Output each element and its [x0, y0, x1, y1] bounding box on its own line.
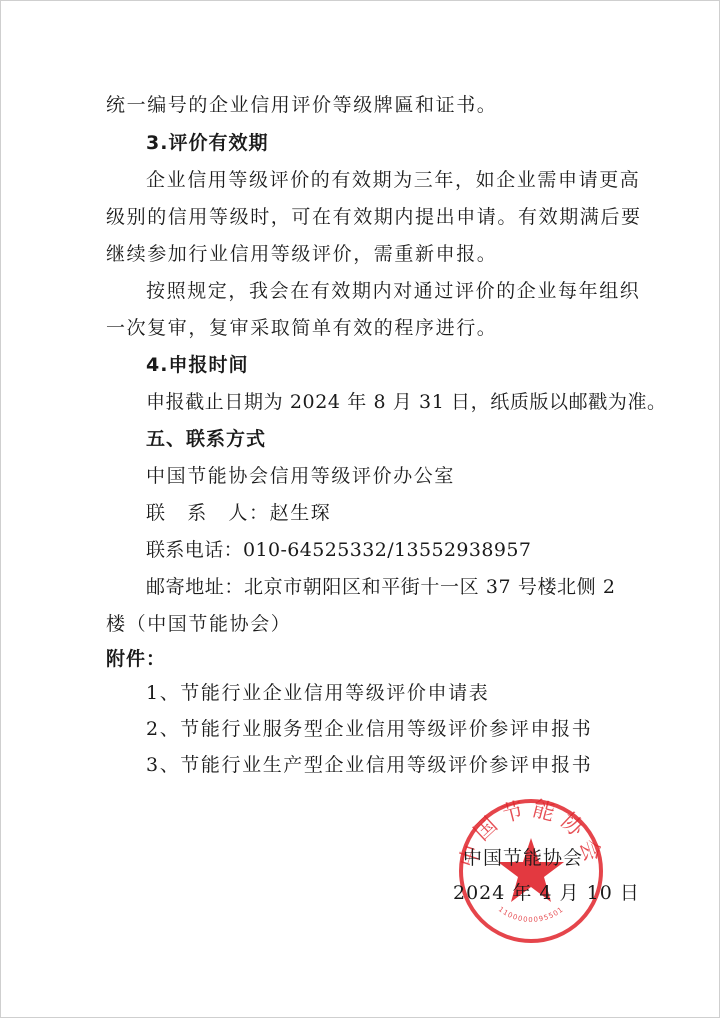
signature-organization: 中国节能协会 — [463, 846, 583, 870]
body-line: 企业信用等级评价的有效期为三年，如企业需申请更高 — [146, 168, 640, 192]
attachments-heading: 附件： — [106, 647, 166, 671]
contact-office: 中国节能协会信用等级评价办公室 — [146, 464, 455, 488]
body-line-deadline: 申报截止日期为 2024 年 8 月 31 日，纸质版以邮戳为准。 — [146, 390, 667, 414]
body-line: 按照规定，我会在有效期内对通过评价的企业每年组织 — [146, 279, 640, 303]
svg-text:1100000095501: 1100000095501 — [497, 905, 565, 924]
section-heading-validity: 3.评价有效期 — [146, 131, 268, 155]
body-line: 一次复审，复审采取简单有效的程序进行。 — [106, 316, 497, 340]
document-page: 统一编号的企业信用评价等级牌匾和证书。 3.评价有效期 企业信用等级评价的有效期… — [0, 0, 720, 1018]
body-line: 继续参加行业信用等级评价，需重新申报。 — [106, 242, 497, 266]
contact-address-cont: 楼（中国节能协会） — [106, 612, 291, 636]
attachment-item: 1、节能行业企业信用等级评价申请表 — [146, 681, 489, 705]
section-heading-submission-time: 4.申报时间 — [146, 353, 248, 377]
contact-person: 联 系 人：赵生琛 — [146, 501, 331, 525]
attachment-item: 2、节能行业服务型企业信用等级评价参评申报书 — [146, 717, 592, 741]
signature-date: 2024 年 4 月 10 日 — [453, 881, 640, 905]
official-seal: 中国节能协会 1100000095501 — [456, 796, 606, 946]
contact-address: 邮寄地址：北京市朝阳区和平街十一区 37 号楼北侧 2 — [146, 575, 616, 599]
body-line: 统一编号的企业信用评价等级牌匾和证书。 — [106, 93, 497, 117]
attachment-item: 3、节能行业生产型企业信用等级评价参评申报书 — [146, 753, 592, 777]
contact-phone: 联系电话：010-64525332/13552938957 — [146, 538, 531, 562]
body-line: 级别的信用等级时，可在有效期内提出申请。有效期满后要 — [106, 205, 642, 229]
section-heading-contact: 五、联系方式 — [146, 427, 266, 451]
